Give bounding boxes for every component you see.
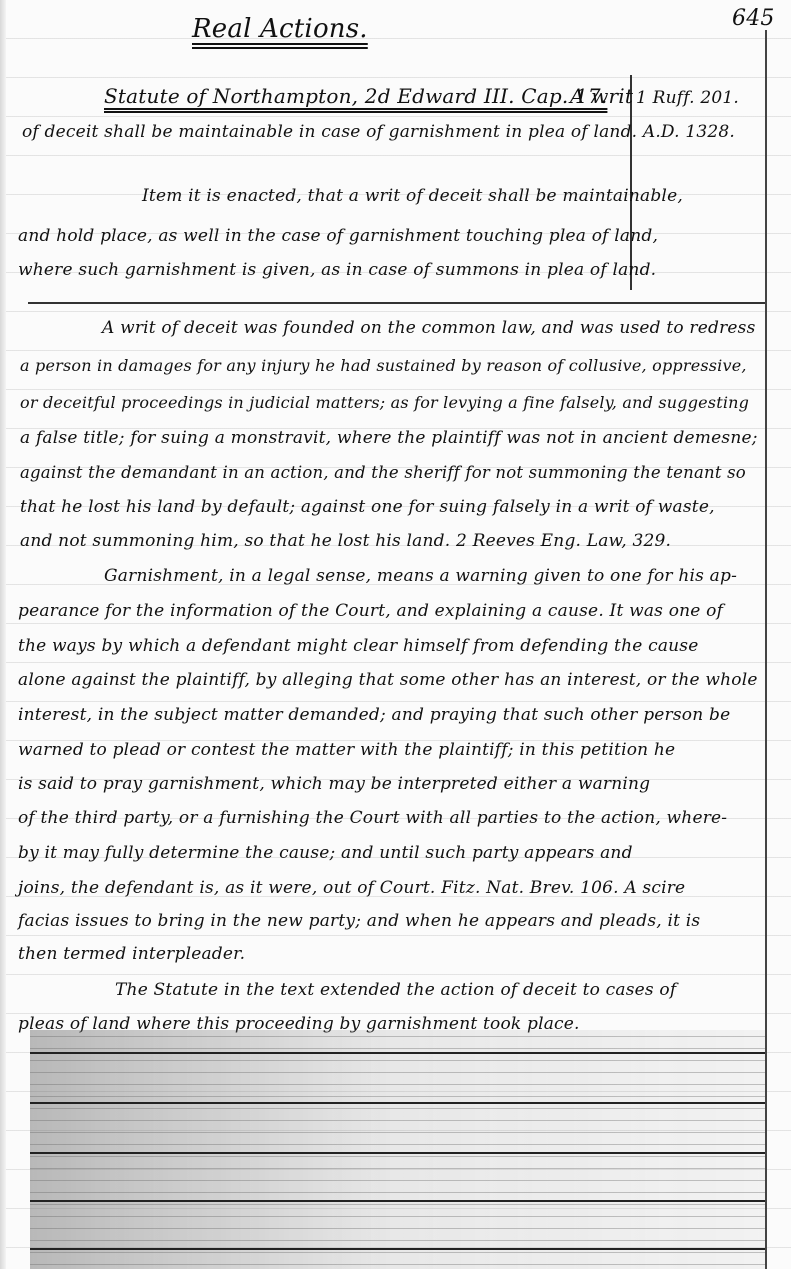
page-left-edge (0, 0, 6, 1269)
text-line: a false title; for suing a monstravit, w… (20, 428, 758, 448)
text-line: The Statute in the text extended the act… (115, 980, 676, 1000)
text-line: against the demandant in an action, and … (20, 463, 746, 482)
ruled-line (30, 1102, 765, 1104)
statute-heading: Statute of Northampton, 2d Edward III. C… (104, 84, 607, 108)
text-line: of deceit shall be maintainable in case … (22, 122, 735, 142)
text-line: alone against the plaintiff, by alleging… (18, 670, 758, 690)
margin-reference: 1 Ruff. 201. (636, 88, 739, 108)
text-line: then termed interpleader. (18, 944, 245, 964)
statute-heading-tail: A writ (570, 84, 633, 108)
text-line: the ways by which a defendant might clea… (18, 636, 699, 656)
text-line: or deceitful proceedings in judicial mat… (20, 393, 749, 412)
manuscript-page: Real Actions. 645 Statute of Northampton… (0, 0, 791, 1269)
ruled-line (30, 1248, 765, 1250)
page-number: 645 (732, 6, 775, 31)
ruled-line (30, 1152, 765, 1154)
text-line: Garnishment, in a legal sense, means a w… (104, 566, 737, 586)
photocopy-smudge (30, 1030, 765, 1269)
text-line: is said to pray garnishment, which may b… (18, 774, 650, 794)
text-line: Item it is enacted, that a writ of decei… (142, 186, 683, 206)
text-line: and hold place, as well in the case of g… (18, 226, 658, 246)
section-divider (28, 302, 765, 304)
text-line: joins, the defendant is, as it were, out… (18, 878, 685, 898)
text-line: of the third party, or a furnishing the … (18, 808, 727, 828)
text-line: pearance for the information of the Cour… (18, 601, 723, 621)
text-line: warned to plead or contest the matter wi… (18, 740, 675, 760)
text-line: interest, in the subject matter demanded… (18, 705, 730, 725)
page-title: Real Actions. (192, 14, 368, 44)
right-margin-border (765, 30, 767, 1269)
ruled-line (30, 1200, 765, 1202)
text-line: that he lost his land by default; agains… (20, 497, 715, 517)
text-line: by it may fully determine the cause; and… (18, 843, 633, 863)
ruled-line (30, 1052, 765, 1054)
text-line: a person in damages for any injury he ha… (20, 356, 747, 375)
text-line: A writ of deceit was founded on the comm… (102, 318, 756, 338)
text-line: where such garnishment is given, as in c… (18, 260, 656, 280)
text-line: facias issues to bring in the new party;… (18, 911, 700, 931)
text-line: and not summoning him, so that he lost h… (20, 531, 671, 551)
